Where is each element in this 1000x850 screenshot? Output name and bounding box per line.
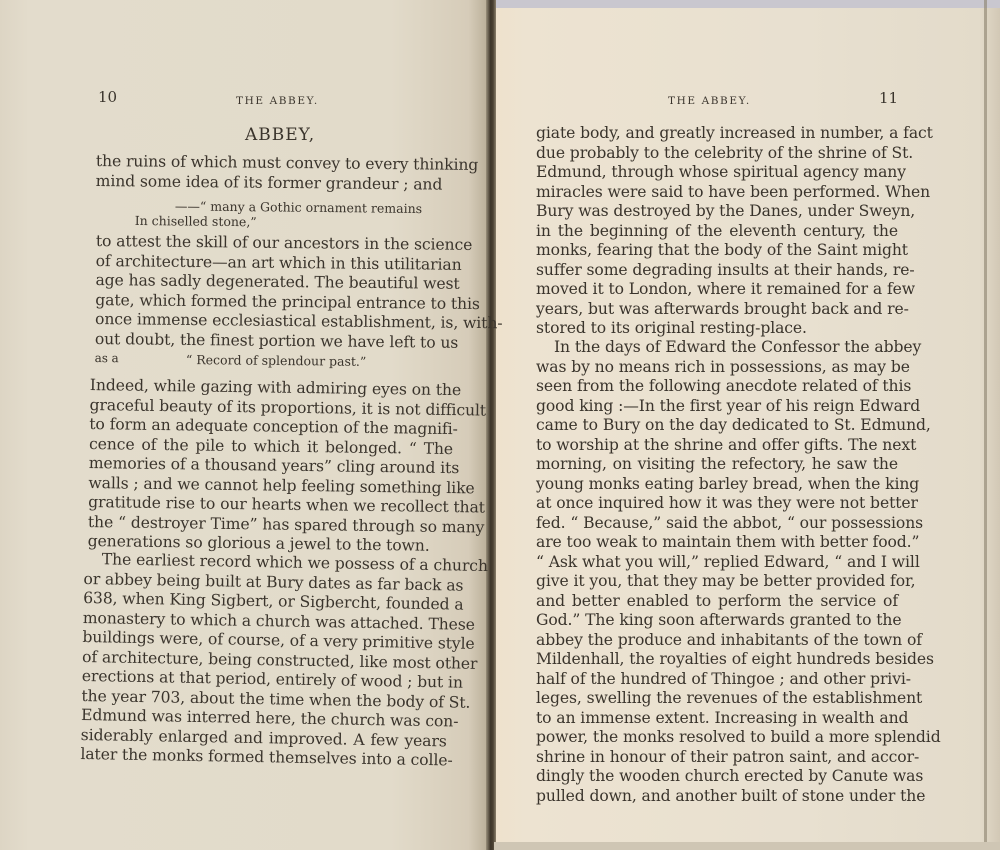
text-line: In the days of Edward the Confessor the …	[536, 338, 898, 358]
text-line: Edmund, through whose spiritual agency m…	[536, 163, 898, 183]
text-line: are too weak to maintain them with bette…	[536, 533, 898, 553]
text-line: Mildenhall, the royalties of eight hundr…	[536, 650, 898, 670]
book-gutter	[486, 0, 496, 850]
text-line: power, the monks resolved to build a mor…	[536, 728, 898, 748]
text-line: and better enabled to perform the servic…	[536, 592, 898, 612]
text-line: shrine in honour of their patron saint, …	[536, 748, 898, 768]
text-line: monks, fearing that the body of the Sain…	[536, 241, 898, 261]
page-number-left: 10	[98, 88, 117, 106]
text-line: abbey the produce and inhabitants of the…	[536, 631, 898, 651]
text-line: mind some idea of its former grandeur ; …	[96, 171, 458, 194]
text-line: Bury was destroyed by the Danes, under S…	[536, 202, 898, 222]
text-line: half of the hundred of Thingoe ; and oth…	[536, 670, 898, 690]
running-head-left: THE ABBEY.	[236, 95, 319, 107]
left-para-1: the ruins of which must convey to every …	[96, 152, 458, 195]
text-line: to an immense extent. Increasing in weal…	[536, 709, 898, 729]
page-edge	[984, 0, 987, 850]
quote-line: In chiselled stone,”	[135, 213, 422, 231]
text-line: stored to its original resting-place.	[536, 319, 898, 339]
text-line: morning, on visiting the refectory, he s…	[536, 455, 898, 475]
page-bottom-edge	[494, 842, 1000, 850]
text-line: in the beginning of the eleventh century…	[536, 222, 898, 242]
text-line: fed. “ Because,” said the abbot, “ our p…	[536, 514, 898, 534]
text-line: to worship at the shrine and offer gifts…	[536, 436, 898, 456]
text-line: young monks eating barley bread, when th…	[536, 475, 898, 495]
right-para-2: In the days of Edward the Confessor the …	[536, 338, 898, 806]
text-line: due probably to the celebrity of the shr…	[536, 144, 898, 164]
text-line: dingly the wooden church erected by Canu…	[536, 767, 898, 787]
text-line: at once inquired how it was they were no…	[536, 494, 898, 514]
section-heading: ABBEY,	[245, 125, 315, 145]
quote-splendour: “ Record of splendour past.”	[186, 352, 367, 369]
text-line: years, but was afterwards brought back a…	[536, 300, 898, 320]
text-line: came to Bury on the day dedicated to St.…	[536, 416, 898, 436]
text-line: pulled down, and another built of stone …	[536, 787, 898, 807]
text-line: good king :—In the first year of his rei…	[536, 397, 898, 417]
text-line: God.” The king soon afterwards granted t…	[536, 611, 898, 631]
text-line: “ Ask what you will,” replied Edward, “ …	[536, 553, 898, 573]
text-line: seen from the following anecdote related…	[536, 377, 898, 397]
text-line: give it you, that they may be better pro…	[536, 572, 898, 592]
left-para-3: Indeed, while gazing with admiring eyes …	[88, 376, 454, 557]
left-para-4: The earliest record which we possess of …	[80, 550, 450, 771]
text-line: miracles were said to have been performe…	[536, 183, 898, 203]
text-line: giate body, and greatly increased in num…	[536, 124, 898, 144]
page-number-right: 11	[879, 89, 898, 107]
text-line: out doubt, the finest portion we have le…	[95, 329, 457, 352]
quote-gothic: ——“ many a Gothic ornament remains In ch…	[135, 198, 422, 231]
text-line: suffer some degrading insults at their h…	[536, 261, 898, 281]
left-para-2: to attest the skill of our ancestors in …	[95, 232, 458, 372]
text-line: leges, swelling the revenues of the esta…	[536, 689, 898, 709]
text-line: was by no means rich in possessions, as …	[536, 358, 898, 378]
right-para-1: giate body, and greatly increased in num…	[536, 124, 898, 339]
text-line: moved it to London, where it remained fo…	[536, 280, 898, 300]
running-head-right: THE ABBEY.	[668, 95, 751, 107]
